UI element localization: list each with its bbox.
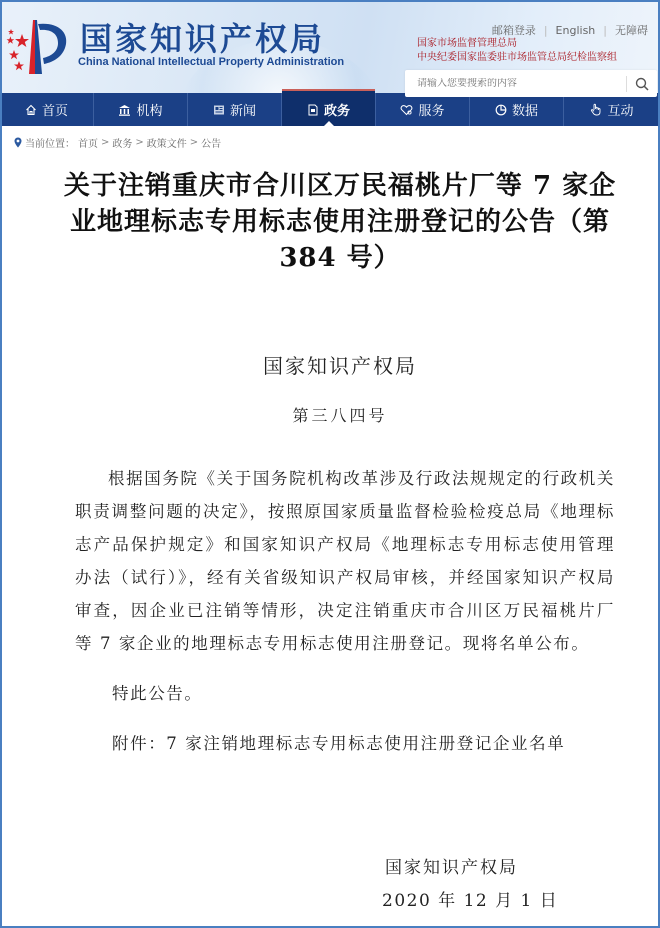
accessibility-link[interactable]: 无障碍 bbox=[607, 22, 656, 38]
home-icon bbox=[25, 104, 37, 116]
signature-issuer: 国家知识产权局 bbox=[385, 853, 518, 878]
org-links: 国家市场监督管理总局 中央纪委国家监委驻市场监管总局纪检监察组 bbox=[417, 37, 617, 65]
search-icon bbox=[635, 77, 649, 91]
article-closing: 特此公告。 bbox=[112, 680, 203, 704]
breadcrumb-government-affairs[interactable]: 政务 bbox=[112, 135, 132, 150]
breadcrumb: 当前位置： 首页 > 政务 > 政策文件 > 公告 bbox=[14, 135, 221, 150]
breadcrumb-policy-documents[interactable]: 政策文件 bbox=[147, 135, 187, 150]
document-number: 第三八四号 bbox=[60, 403, 620, 426]
nav-label: 数据 bbox=[512, 100, 538, 119]
location-pin-icon bbox=[14, 137, 22, 148]
top-links: 邮箱登录 | English | 无障碍 bbox=[484, 22, 656, 38]
nav-item-data[interactable]: 数据 bbox=[470, 93, 564, 126]
discipline-inspection-link[interactable]: 中央纪委国家监委驻市场监管总局纪检监察组 bbox=[417, 51, 617, 65]
nav-item-home[interactable]: 首页 bbox=[0, 93, 94, 126]
article-title: 关于注销重庆市合川区万民福桃片厂等 7 家企业地理标志专用标志使用注册登记的公告… bbox=[60, 168, 620, 276]
cnipa-logo-icon[interactable] bbox=[2, 14, 74, 76]
nav-label: 互动 bbox=[607, 100, 633, 119]
breadcrumb-separator: > bbox=[190, 137, 198, 148]
nav-item-interaction[interactable]: 互动 bbox=[564, 93, 660, 126]
search-box bbox=[405, 70, 657, 97]
nav-label: 首页 bbox=[42, 100, 68, 119]
attachment-link[interactable]: 附件：7 家注销地理标志专用标志使用注册登记企业名单 bbox=[112, 730, 565, 754]
mail-login-link[interactable]: 邮箱登录 bbox=[484, 22, 544, 38]
signature-date: 2020 年 12 月 1 日 bbox=[382, 886, 558, 911]
service-heart-icon bbox=[400, 104, 413, 116]
main-nav: 首页 机构 新闻 政务 服务 数据 互动 bbox=[0, 93, 660, 126]
breadcrumb-home[interactable]: 首页 bbox=[78, 135, 98, 150]
search-input[interactable] bbox=[405, 78, 626, 89]
breadcrumb-separator: > bbox=[135, 137, 143, 148]
hand-pointer-icon bbox=[590, 103, 602, 116]
samr-link[interactable]: 国家市场监督管理总局 bbox=[417, 37, 617, 51]
nav-item-service[interactable]: 服务 bbox=[376, 93, 470, 126]
site-name-en: China National Intellectual Property Adm… bbox=[78, 56, 344, 68]
breadcrumb-separator: > bbox=[101, 137, 109, 148]
site-name-cn: 国家知识产权局 bbox=[80, 14, 325, 60]
institution-icon bbox=[118, 104, 131, 116]
document-icon bbox=[307, 104, 319, 116]
nav-item-news[interactable]: 新闻 bbox=[188, 93, 282, 126]
search-button[interactable] bbox=[627, 70, 657, 97]
news-icon bbox=[213, 104, 225, 116]
nav-label: 机构 bbox=[136, 100, 162, 119]
english-link[interactable]: English bbox=[548, 24, 604, 37]
article-body: 根据国务院《关于国务院机构改革涉及行政法规规定的行政机关职责调整问题的决定》，按… bbox=[75, 462, 615, 660]
nav-item-government-affairs[interactable]: 政务 bbox=[282, 93, 376, 126]
pie-chart-icon bbox=[495, 104, 507, 116]
nav-label: 政务 bbox=[324, 100, 350, 119]
breadcrumb-announcement[interactable]: 公告 bbox=[201, 135, 221, 150]
nav-item-institution[interactable]: 机构 bbox=[94, 93, 188, 126]
breadcrumb-prefix: 当前位置： bbox=[25, 135, 75, 150]
nav-label: 服务 bbox=[418, 100, 444, 119]
document-issuer: 国家知识产权局 bbox=[60, 350, 620, 379]
nav-label: 新闻 bbox=[230, 100, 256, 119]
